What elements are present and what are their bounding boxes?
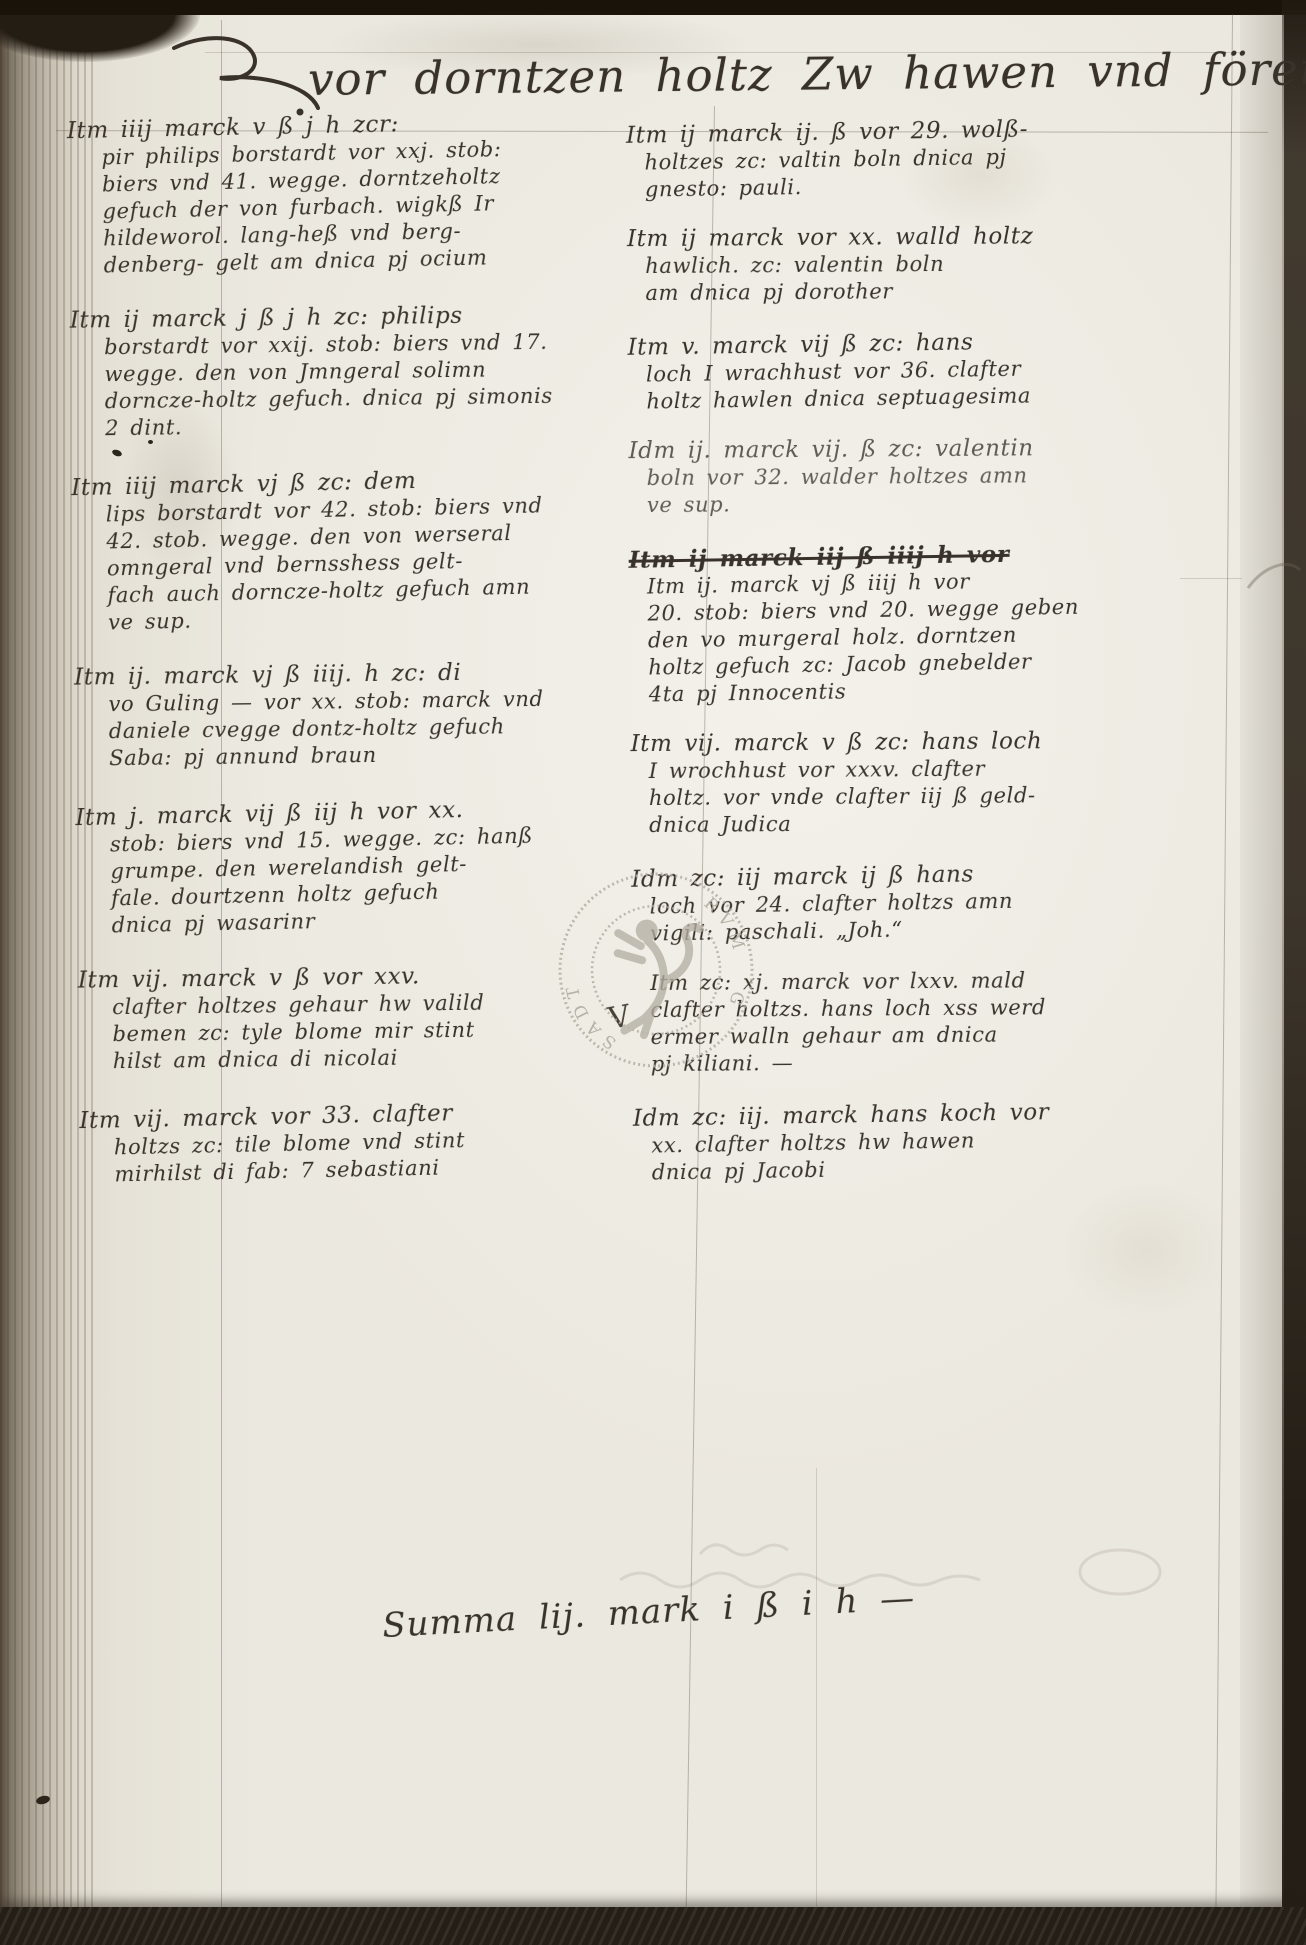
page-scan: vor dorntzen holtz Zw hawen vnd fören It… bbox=[0, 0, 1306, 1945]
handwritten-line: Itm ij marck vor xx. walld holtz bbox=[627, 222, 1220, 253]
handwritten-line: Itm vij. marck v ß zc: hans loch bbox=[630, 727, 1223, 758]
stamp-ring-text-right: G bbox=[721, 987, 748, 1015]
page-edge-right bbox=[1240, 14, 1284, 1909]
ledger-entry: Itm ij marck vor xx. walld holtzhawlich.… bbox=[645, 222, 1221, 307]
ledger-entry: Itm j. marck vij ß iij h vor xx.stob: bi… bbox=[109, 794, 632, 940]
handwritten-line: Idm ij. marck vij. ß zc: valentin bbox=[628, 434, 1221, 465]
manuscript-scan: { "page": { "header": { "title": "vor do… bbox=[0, 0, 1306, 1945]
ledger-entry: Itm ij marck ij. ß vor 29. wolß-holtzes … bbox=[644, 114, 1220, 204]
handwritten-line: hawlich. zc: valentin boln bbox=[645, 249, 1220, 280]
neighbor-page-pen-mark bbox=[1244, 548, 1304, 618]
ledger-entry: Itm iiij marck vj ß zc: demlips borstard… bbox=[105, 464, 628, 637]
ledger-entry: Itm ij marck iij ß iiij h vorItm ij. mar… bbox=[646, 537, 1223, 708]
svg-text:G: G bbox=[721, 987, 748, 1015]
ledger-entry: Itm ij. marck vj ß iiij. h zc: divo Guli… bbox=[108, 658, 629, 772]
ink-show-through bbox=[610, 1528, 1170, 1618]
handwritten-line: boln vor 32. walder holtzes amn bbox=[647, 461, 1222, 492]
lion-emblem bbox=[606, 916, 699, 1040]
library-stamp: SADT RVM G bbox=[544, 855, 768, 1086]
ledger-entry: Itm iiij marck v ß j h zcr:pir philips b… bbox=[101, 107, 624, 280]
stamp-ring-text-left: SADT bbox=[554, 976, 627, 1054]
page-title: vor dorntzen holtz Zw hawen vnd fören bbox=[308, 43, 1229, 106]
ledger-entry: Itm vij. marck vor 33. clafterholtzs zc:… bbox=[113, 1097, 635, 1189]
handwritten-line: ve sup. bbox=[647, 488, 1222, 519]
handwritten-line: am dnica pj dorother bbox=[645, 276, 1220, 307]
ledger-entry: Idm zc: iij. marck hans koch vorxx. claf… bbox=[651, 1096, 1227, 1186]
handwritten-line: Saba: pj annund braun bbox=[109, 739, 629, 772]
ledger-entry: Itm v. marck vij ß zc: hansloch I wrachh… bbox=[645, 325, 1221, 415]
handwritten-line: holtz. vor vnde clafter iij ß geld- bbox=[649, 781, 1224, 812]
svg-text:SADT: SADT bbox=[554, 976, 627, 1054]
bottom-cover-strip bbox=[0, 1907, 1306, 1945]
ledger-entry: Itm vij. marck v ß zc: hans lochI wrochh… bbox=[648, 727, 1224, 839]
handwritten-line: dnica Judica bbox=[649, 808, 1224, 839]
book-edge-right-dark bbox=[1282, 0, 1306, 1945]
top-cover-strip bbox=[0, 0, 1306, 15]
ledger-entry: Idm ij. marck vij. ß zc: valentinboln vo… bbox=[646, 434, 1222, 519]
ledger-entry: Itm ij marck j ß j h zc: philipsborstard… bbox=[104, 301, 626, 442]
handwritten-line: I wrochhust vor xxxv. clafter bbox=[649, 754, 1224, 785]
